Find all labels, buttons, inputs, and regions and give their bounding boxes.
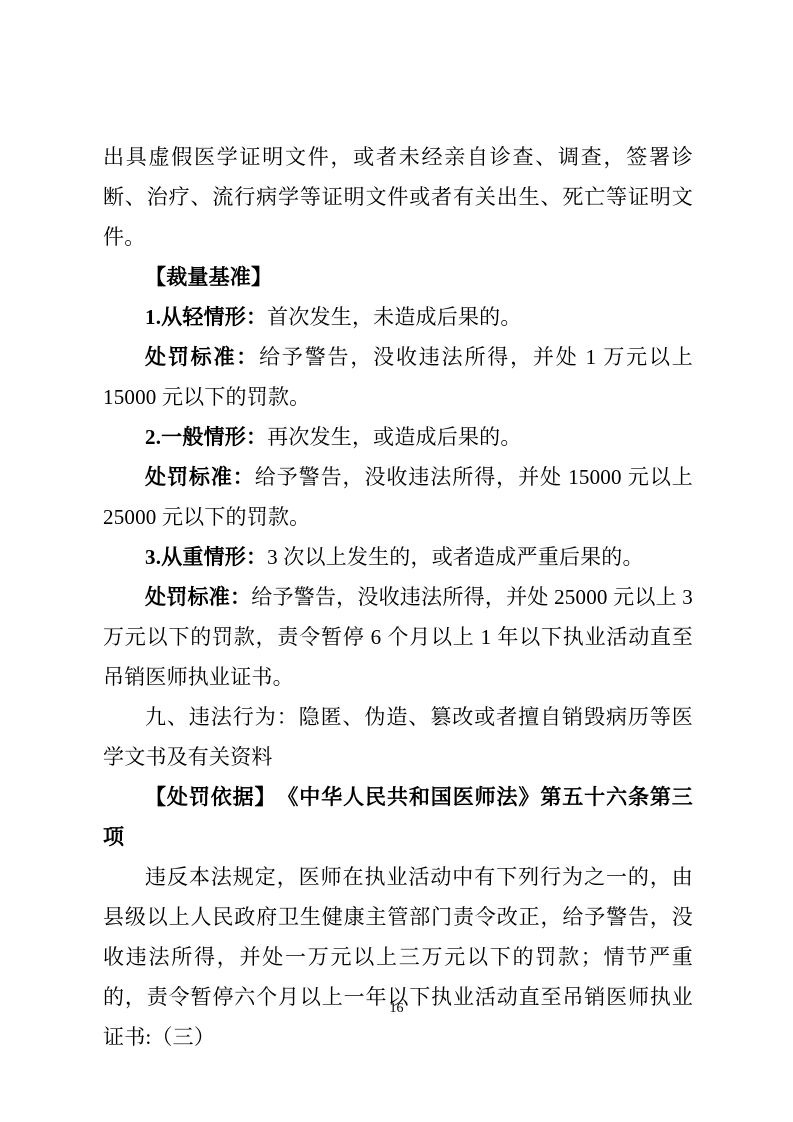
- document-page: 出具虚假医学证明文件，或者未经亲自诊查、调查，签署诊断、治疗、流行病学等证明文件…: [0, 0, 793, 1122]
- paragraph: 处罚标准：给予警告，没收违法所得，并处 1 万元以上 15000 元以下的罚款。: [103, 337, 693, 417]
- text-run-bold: 处罚标准：: [145, 465, 255, 489]
- page-number: 16: [390, 1001, 404, 1016]
- text-run-bold: 2.一般情形：: [145, 425, 267, 449]
- document-body: 出具虚假医学证明文件，或者未经亲自诊查、调查，签署诊断、治疗、流行病学等证明文件…: [103, 137, 693, 1057]
- text-run: 3 次以上发生的，或者造成严重后果的。: [267, 545, 644, 569]
- paragraph: 【裁量基准】: [103, 257, 693, 297]
- text-run: 违反本法规定，医师在执业活动中有下列行为之一的，由县级以上人民政府卫生健康主管部…: [103, 865, 693, 1049]
- paragraph: 出具虚假医学证明文件，或者未经亲自诊查、调查，签署诊断、治疗、流行病学等证明文件…: [103, 137, 693, 257]
- paragraph: 1.从轻情形：首次发生，未造成后果的。: [103, 297, 693, 337]
- text-run: 首次发生，未造成后果的。: [267, 305, 521, 329]
- paragraph: 2.一般情形：再次发生，或造成后果的。: [103, 417, 693, 457]
- text-run-bold: 【裁量基准】: [145, 265, 272, 289]
- text-run-bold: 1.从轻情形：: [145, 305, 267, 329]
- paragraph: 九、违法行为：隐匿、伪造、篡改或者擅自销毁病历等医学文书及有关资料: [103, 697, 693, 777]
- text-run-bold: 处罚标准：: [145, 585, 251, 609]
- paragraph: 3.从重情形：3 次以上发生的，或者造成严重后果的。: [103, 537, 693, 577]
- text-run: 九、违法行为：隐匿、伪造、篡改或者擅自销毁病历等医学文书及有关资料: [103, 705, 693, 769]
- text-run-bold: 【处罚依据】: [145, 785, 266, 809]
- paragraph: 【处罚依据】 《中华人民共和国医师法》第五十六条第三项: [103, 777, 693, 857]
- text-run-bold: 3.从重情形：: [145, 545, 267, 569]
- text-run: 出具虚假医学证明文件，或者未经亲自诊查、调查，签署诊断、治疗、流行病学等证明文件…: [103, 145, 693, 249]
- page-footer: 16: [0, 1000, 793, 1018]
- paragraph: 处罚标准：给予警告，没收违法所得，并处 15000 元以上 25000 元以下的…: [103, 457, 693, 537]
- text-run: 再次发生，或造成后果的。: [267, 425, 521, 449]
- paragraph: 处罚标准：给予警告，没收违法所得，并处 25000 元以上 3 万元以下的罚款，…: [103, 577, 693, 697]
- paragraph: 违反本法规定，医师在执业活动中有下列行为之一的，由县级以上人民政府卫生健康主管部…: [103, 857, 693, 1057]
- text-run-bold: 处罚标准：: [145, 345, 259, 369]
